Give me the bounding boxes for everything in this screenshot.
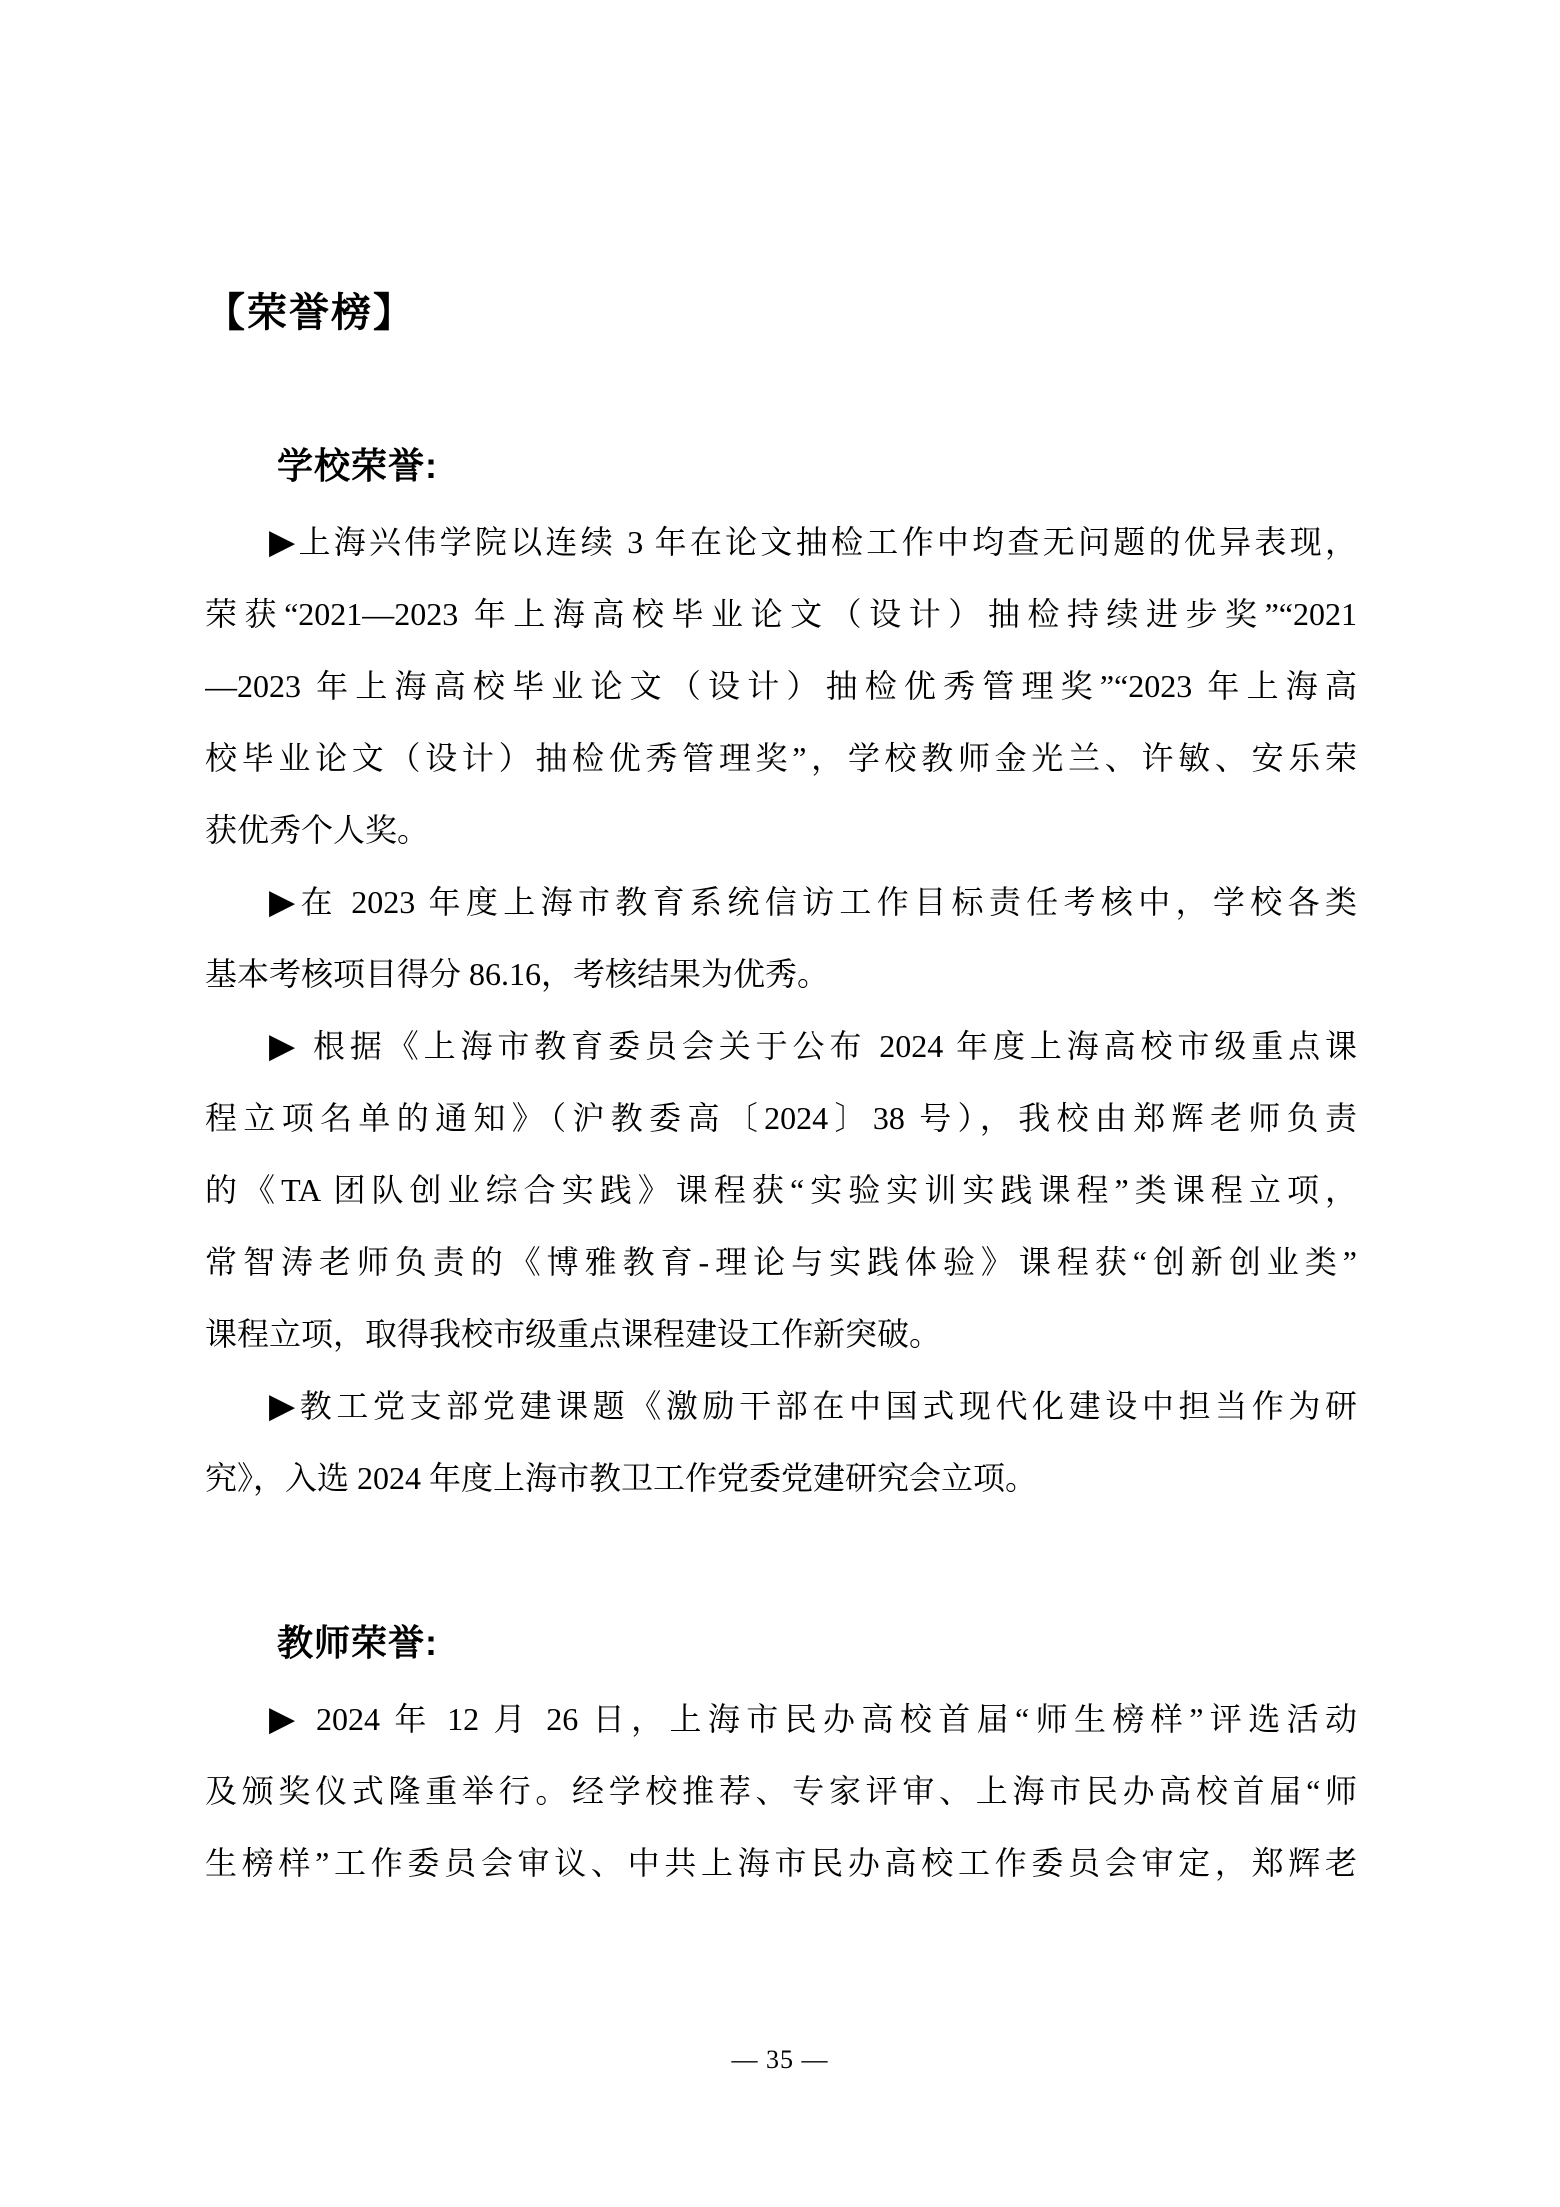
- paragraph: ▶ 根据《上海市教育委员会关于公布 2024 年度上海高校市级重点课 程立项名单…: [205, 1010, 1357, 1370]
- bullet-triangle-icon: ▶: [269, 524, 298, 561]
- text-line: 获优秀个人奖。: [205, 794, 1357, 866]
- paragraph: ▶上海兴伟学院以连续 3 年在论文抽检工作中均查无问题的优异表现， 荣获“202…: [205, 506, 1357, 866]
- text-line: 常智涛老师负责的《博雅教育-理论与实践体验》课程获“创新创业类”: [205, 1226, 1357, 1298]
- bullet-triangle-icon: ▶: [269, 1701, 302, 1738]
- paragraph: ▶教工党支部党建课题《激励干部在中国式现代化建设中担当作为研 究》，入选 202…: [205, 1370, 1357, 1514]
- bullet-triangle-icon: ▶: [269, 884, 301, 921]
- text-line: 及颁奖仪式隆重举行。经学校推荐、专家评审、上海市民办高校首届“师: [205, 1755, 1357, 1827]
- bullet-triangle-icon: ▶: [269, 1388, 300, 1425]
- bullet-triangle-icon: ▶: [269, 1028, 300, 1065]
- text-line: ▶ 根据《上海市教育委员会关于公布 2024 年度上海高校市级重点课: [205, 1010, 1357, 1082]
- line-text: 2024 年 12 月 26 日，上海市民办高校首届“师生榜样”评选活动: [302, 1701, 1357, 1737]
- paragraph: ▶ 2024 年 12 月 26 日，上海市民办高校首届“师生榜样”评选活动 及…: [205, 1683, 1357, 1899]
- text-line: 生榜样”工作委员会审议、中共上海市民办高校工作委员会审定，郑辉老: [205, 1827, 1357, 1899]
- line-text: 在 2023 年度上海市教育系统信访工作目标责任考核中，学校各类: [301, 884, 1357, 920]
- text-line: ▶在 2023 年度上海市教育系统信访工作目标责任考核中，学校各类: [205, 866, 1357, 938]
- document-page: 【荣誉榜】 学校荣誉: ▶上海兴伟学院以连续 3 年在论文抽检工作中均查无问题的…: [0, 0, 1560, 2207]
- text-line: ▶教工党支部党建课题《激励干部在中国式现代化建设中担当作为研: [205, 1370, 1357, 1442]
- text-line: 基本考核项目得分 86.16，考核结果为优秀。: [205, 938, 1357, 1010]
- section-heading-school-honors: 学校荣誉:: [205, 441, 1357, 491]
- text-line: —2023 年上海高校毕业论文（设计）抽检优秀管理奖”“2023 年上海高: [205, 650, 1357, 722]
- section-heading-teacher-honors: 教师荣誉:: [205, 1618, 1357, 1668]
- paragraph: ▶在 2023 年度上海市教育系统信访工作目标责任考核中，学校各类 基本考核项目…: [205, 866, 1357, 1010]
- text-line: ▶ 2024 年 12 月 26 日，上海市民办高校首届“师生榜样”评选活动: [205, 1683, 1357, 1755]
- page-content: 【荣誉榜】 学校荣誉: ▶上海兴伟学院以连续 3 年在论文抽检工作中均查无问题的…: [0, 0, 1560, 1899]
- text-line: ▶上海兴伟学院以连续 3 年在论文抽检工作中均查无问题的优异表现，: [205, 506, 1357, 578]
- text-line: 课程立项，取得我校市级重点课程建设工作新突破。: [205, 1298, 1357, 1370]
- page-title: 【荣誉榜】: [205, 285, 1357, 341]
- text-line: 究》，入选 2024 年度上海市教卫工作党委党建研究会立项。: [205, 1442, 1357, 1514]
- text-line: 程立项名单的通知》（沪教委高〔2024〕38 号），我校由郑辉老师负责: [205, 1082, 1357, 1154]
- text-line: 的《TA 团队创业综合实践》课程获“实验实训实践课程”类课程立项，: [205, 1154, 1357, 1226]
- line-text: 上海兴伟学院以连续 3 年在论文抽检工作中均查无问题的优异表现，: [298, 524, 1357, 560]
- page-number: — 35 —: [0, 2044, 1560, 2076]
- line-text: 根据《上海市教育委员会关于公布 2024 年度上海高校市级重点课: [300, 1028, 1357, 1064]
- text-line: 校毕业论文（设计）抽检优秀管理奖”，学校教师金光兰、许敏、安乐荣: [205, 722, 1357, 794]
- text-line: 荣获“2021—2023 年上海高校毕业论文（设计）抽检持续进步奖”“2021: [205, 578, 1357, 650]
- line-text: 教工党支部党建课题《激励干部在中国式现代化建设中担当作为研: [300, 1388, 1357, 1424]
